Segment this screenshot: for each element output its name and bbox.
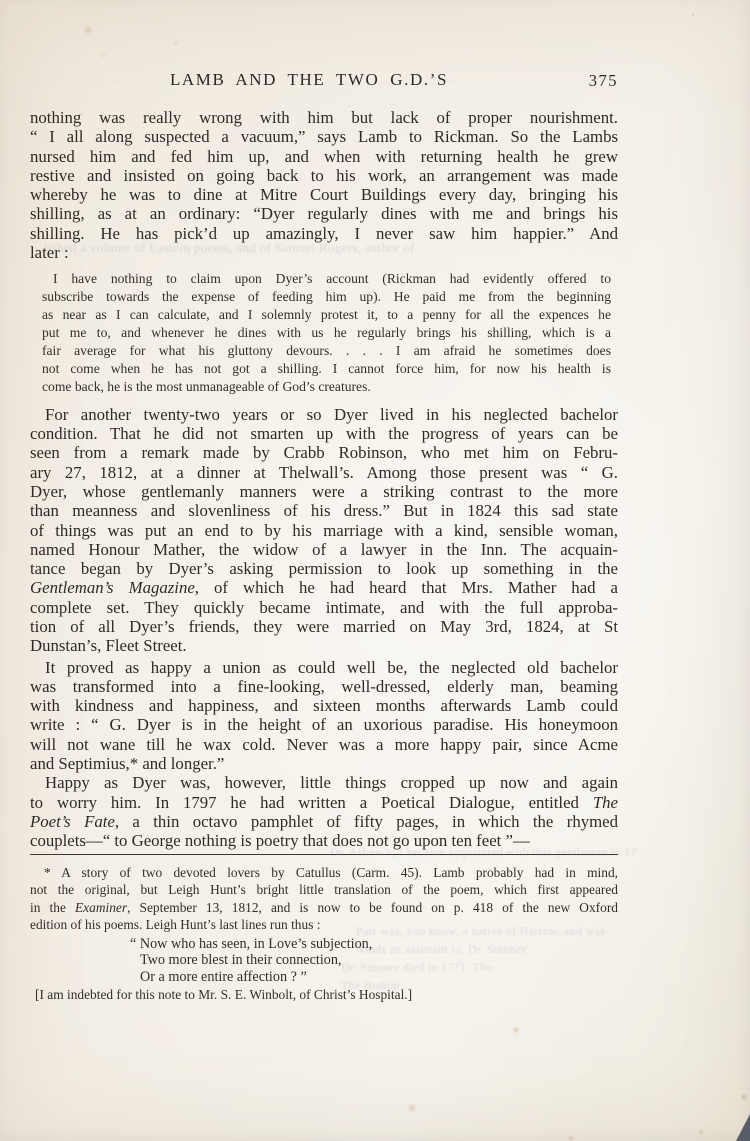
scanned-book-page: LAMB AND THE TWO G.D.’S 375 nothing was … bbox=[0, 0, 750, 1141]
text-line: complete set. They quickly became intima… bbox=[30, 598, 618, 617]
footnote-line: in the Examiner, September 13, 1812, and… bbox=[30, 899, 618, 917]
paper-stain bbox=[512, 1026, 520, 1034]
footnote-line: not the original, but Leigh Hunt’s brigh… bbox=[30, 881, 618, 899]
paper-stain bbox=[407, 1103, 417, 1113]
text-line: subscribe towards the expense of feeding… bbox=[42, 288, 611, 306]
text-line: restive and insisted on going back to hi… bbox=[30, 166, 618, 185]
show-through-text: The Bishop bbox=[341, 978, 400, 993]
paper-stain bbox=[691, 13, 695, 17]
text-line: Happy as Dyer was, however, little thing… bbox=[30, 773, 618, 792]
show-through-text: winds an assistant to, Dr. Sumner bbox=[356, 942, 526, 957]
text-line: ary 27, 1812, at a dinner at Thelwall’s.… bbox=[30, 463, 618, 482]
text-line: tion of all Dyer’s friends, they were ma… bbox=[30, 617, 618, 636]
paragraph: For another twenty-two years or so Dyer … bbox=[30, 405, 618, 656]
paper-stain bbox=[740, 1093, 748, 1101]
text-line: whereby he was to dine at Mitre Court Bu… bbox=[30, 185, 618, 204]
footnote-credit: [I am indebted for this note to Mr. S. E… bbox=[35, 986, 618, 1004]
text-line: will not wane till he wax cold. Never wa… bbox=[30, 735, 618, 754]
text-line: For another twenty-two years or so Dyer … bbox=[30, 405, 618, 424]
show-through-text: Parr was, you know, a native of Harrow, … bbox=[356, 924, 605, 939]
text-line: “ I all along suspected a vacuum,” says … bbox=[30, 127, 618, 146]
text-line: Gentleman’s Magazine, of which he had he… bbox=[30, 578, 618, 597]
text-line: than meanness and slovenliness of his dr… bbox=[30, 501, 618, 520]
text-line: I have nothing to claim upon Dyer’s acco… bbox=[42, 270, 611, 288]
text-line: Dyer, whose gentlemanly manners were a s… bbox=[30, 482, 618, 501]
text-line: as near as I can calculate, and I solemn… bbox=[42, 306, 611, 324]
text-line: nothing was really wrong with him but la… bbox=[30, 108, 618, 127]
text-line: put me to, and whenever he dines with us… bbox=[42, 324, 611, 342]
show-through-text: Dr. Sumner died in 1771. The bbox=[341, 960, 492, 975]
text-line: shilling, as at an ordinary: “Dyer regul… bbox=[30, 204, 618, 223]
text-line: nursed him and fed him up, and when with… bbox=[30, 147, 618, 166]
paper-stain bbox=[698, 1129, 704, 1135]
show-through-text: lished a volume of Eastern poems, and of… bbox=[44, 240, 415, 256]
text-line: fair average for what his gluttony devou… bbox=[42, 342, 611, 360]
text-line: named Honour Mather, the widow of a lawy… bbox=[30, 540, 618, 559]
text-line: and Septimius,* and longer.” bbox=[30, 754, 618, 773]
text-line: write : “ G. Dyer is in the height of an… bbox=[30, 715, 618, 734]
text-line: Dunstan’s, Fleet Street. bbox=[30, 636, 618, 655]
text-line: come back, he is the most unmanageable o… bbox=[42, 378, 611, 396]
block-quote: I have nothing to claim upon Dyer’s acco… bbox=[42, 270, 611, 395]
paper-stain bbox=[567, 1134, 575, 1141]
paragraph: Happy as Dyer was, however, little thing… bbox=[30, 773, 618, 850]
text-line: Poet’s Fate, a thin octavo pamphlet of f… bbox=[30, 812, 618, 831]
paragraph: It proved as happy a union as could well… bbox=[30, 658, 618, 774]
text-line: not come when he has not got a shilling.… bbox=[42, 360, 611, 378]
text-line: condition. That he did not smarten up wi… bbox=[30, 424, 618, 443]
text-line: with kindness and happiness, and sixteen… bbox=[30, 696, 618, 715]
text-line: of things was put an end to by his marri… bbox=[30, 521, 618, 540]
text-line: It proved as happy a union as could well… bbox=[30, 658, 618, 677]
text-line: was transformed into a fine-looking, wel… bbox=[30, 677, 618, 696]
show-through-text: Dr. Askew’s; I became acquainted with th… bbox=[330, 845, 637, 860]
text-line: seen from a remark made by Crabb Robinso… bbox=[30, 443, 618, 462]
footnote-line: * A story of two devoted lovers by Catul… bbox=[30, 864, 618, 882]
text-line: tance began by Dyer’s asking permission … bbox=[30, 559, 618, 578]
scan-corner-shadow bbox=[736, 1114, 750, 1141]
text-line: to worry him. In 1797 he had written a P… bbox=[30, 793, 618, 812]
